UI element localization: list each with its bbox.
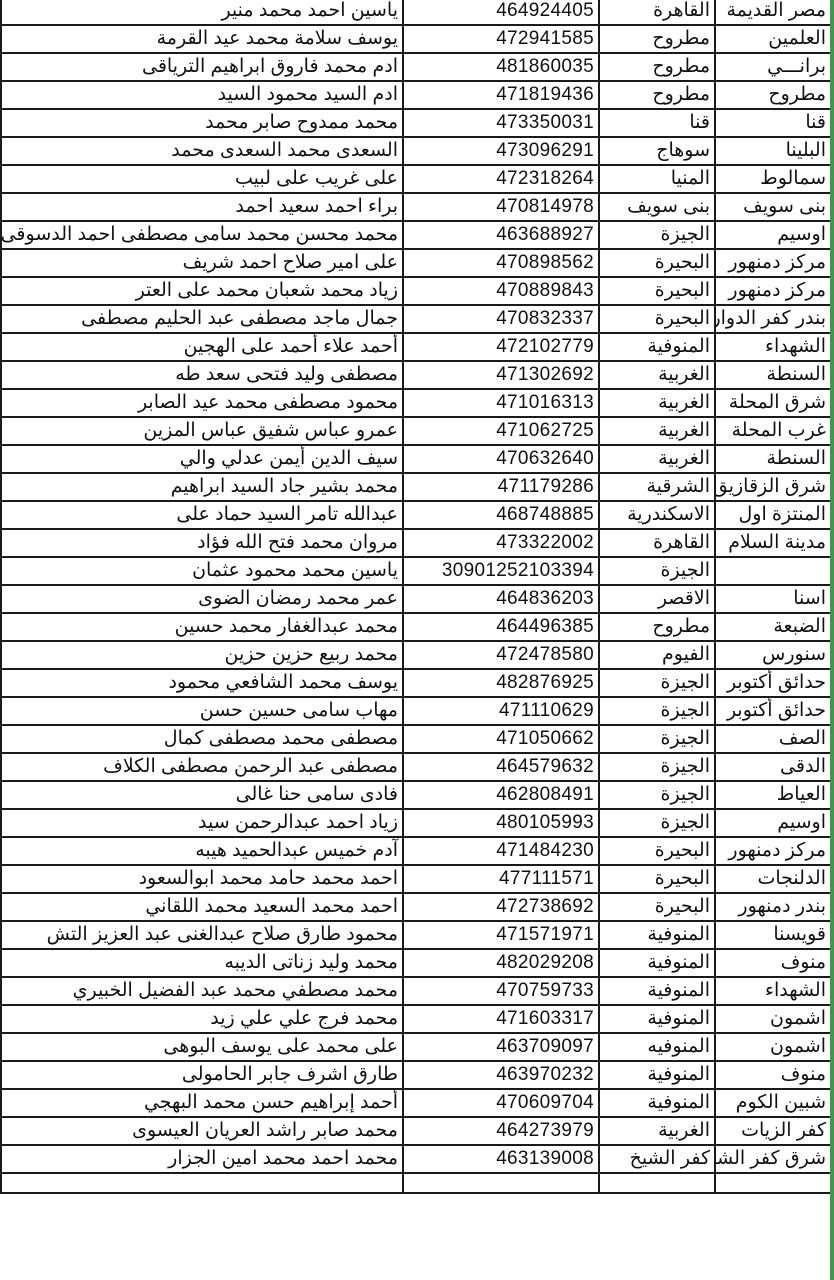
- name-cell[interactable]: عمر محمد رمضان الضوى: [1, 585, 403, 613]
- name-cell[interactable]: يوسف محمد الشافعي محمود: [1, 669, 403, 697]
- id-number-cell[interactable]: 473322002: [403, 529, 599, 557]
- district-cell[interactable]: السنطة: [715, 445, 831, 473]
- table-row: زياد محمد شعبان محمد على العتر470889843ا…: [1, 277, 831, 305]
- name-cell[interactable]: محمد بشير جاد السيد ابراهيم: [1, 473, 403, 501]
- name-cell[interactable]: طارق اشرف جابر الحامولى: [1, 1061, 403, 1089]
- district-cell[interactable]: مركز دمنهور: [715, 837, 831, 865]
- id-number-cell[interactable]: 477111571: [403, 865, 599, 893]
- id-number-cell[interactable]: 471050662: [403, 725, 599, 753]
- governorate-cell[interactable]: مطروح: [599, 53, 715, 81]
- table-row: محمد محسن محمد سامى مصطفى احمد الدسوقى46…: [1, 221, 831, 249]
- name-cell[interactable]: فادى سامى حنا غالى: [1, 781, 403, 809]
- table-row: محمد وليد زناتى الديبه482029208المنوفيةم…: [1, 949, 831, 977]
- district-cell[interactable]: اشمون: [715, 1033, 831, 1061]
- governorate-cell[interactable]: المنوفية: [599, 333, 715, 361]
- name-cell[interactable]: مصطفى محمد مصطفى كمال: [1, 725, 403, 753]
- id-number-cell[interactable]: 463970232: [403, 1061, 599, 1089]
- name-cell[interactable]: سيف الدين أيمن عدلي والي: [1, 445, 403, 473]
- id-number-cell[interactable]: 471016313: [403, 389, 599, 417]
- name-cell[interactable]: محمد فرج علي علي زيد: [1, 1005, 403, 1033]
- district-cell[interactable]: البلينا: [715, 137, 831, 165]
- governorate-cell[interactable]: الجيزة: [599, 753, 715, 781]
- district-cell[interactable]: المنتزة اول: [715, 501, 831, 529]
- governorate-cell[interactable]: قنا: [599, 109, 715, 137]
- governorate-cell[interactable]: القاهرة: [599, 529, 715, 557]
- table-row: ياسين محمد محمود عثمان30901252103394الجي…: [1, 557, 831, 585]
- table-row: محمود طارق صلاح عبدالغنى عبد العزيز التش…: [1, 921, 831, 949]
- table-row: سيف الدين أيمن عدلي والي470632640الغربية…: [1, 445, 831, 473]
- name-cell[interactable]: محمد ممدوح صابر محمد: [1, 109, 403, 137]
- spreadsheet-sheet: ياسين احمد محمد منير464924405القاهرةمصر …: [0, 0, 834, 1194]
- governorate-cell[interactable]: الجيزة: [599, 557, 715, 585]
- table-row: مصطفى عبد الرحمن مصطفى الكلاف464579632ال…: [1, 753, 831, 781]
- table-row: محمد بشير جاد السيد ابراهيم471179286الشر…: [1, 473, 831, 501]
- table-row: مصطفى وليد فتحى سعد طه471302692الغربيةال…: [1, 361, 831, 389]
- id-number-cell[interactable]: 470759733: [403, 977, 599, 1005]
- name-cell[interactable]: محمد مصطفي محمد عبد الفضيل الخبيري: [1, 977, 403, 1005]
- id-number-cell[interactable]: 462808491: [403, 781, 599, 809]
- name-cell[interactable]: ياسين محمد محمود عثمان: [1, 557, 403, 585]
- district-cell[interactable]: بندر دمنهور: [715, 893, 831, 921]
- table-row: محمد احمد محمد امين الجزار463139008كفر ا…: [1, 1145, 831, 1173]
- governorate-cell[interactable]: الجيزة: [599, 781, 715, 809]
- id-number-cell[interactable]: [403, 1173, 599, 1193]
- table-row: يوسف محمد الشافعي محمود482876925الجيزةحد…: [1, 669, 831, 697]
- name-cell[interactable]: براء احمد سعيد احمد: [1, 193, 403, 221]
- table-row: زياد احمد عبدالرحمن سيد480105993الجيزةاو…: [1, 809, 831, 837]
- id-number-cell[interactable]: 471819436: [403, 81, 599, 109]
- table-row: احمد محمد حامد محمد ابوالسعود477111571ال…: [1, 865, 831, 893]
- district-cell[interactable]: بندر كفر الدوار: [715, 305, 831, 333]
- governorate-cell[interactable]: الغربية: [599, 417, 715, 445]
- id-number-cell[interactable]: 470898562: [403, 249, 599, 277]
- table-row: طارق اشرف جابر الحامولى463970232المنوفية…: [1, 1061, 831, 1089]
- district-cell[interactable]: الدقى: [715, 753, 831, 781]
- name-cell[interactable]: ادم محمد فاروق ابراهيم الترياقى: [1, 53, 403, 81]
- governorate-cell[interactable]: مطروح: [599, 81, 715, 109]
- id-number-cell[interactable]: 471603317: [403, 1005, 599, 1033]
- district-cell[interactable]: مركز دمنهور: [715, 249, 831, 277]
- table-row: يوسف سلامة محمد عيد القرمة472941585مطروح…: [1, 25, 831, 53]
- district-cell[interactable]: العياط: [715, 781, 831, 809]
- table-row: محمود مصطفى محمد عيد الصابر471016313الغر…: [1, 389, 831, 417]
- district-cell[interactable]: كفر الزيات: [715, 1117, 831, 1145]
- governorate-cell[interactable]: البحيرة: [599, 837, 715, 865]
- district-cell[interactable]: اوسيم: [715, 221, 831, 249]
- name-cell[interactable]: محمد عبدالغفار محمد حسين: [1, 613, 403, 641]
- table-row: مروان محمد فتح الله فؤاد473322002القاهرة…: [1, 529, 831, 557]
- governorate-cell[interactable]: الاسكندرية: [599, 501, 715, 529]
- id-number-cell[interactable]: 472738692: [403, 893, 599, 921]
- district-cell[interactable]: شرق المحلة: [715, 389, 831, 417]
- sheet-right-edge: [830, 0, 834, 1280]
- id-number-cell[interactable]: 464273979: [403, 1117, 599, 1145]
- table-row: جمال ماجد مصطفى عبد الحليم مصطفى47083233…: [1, 305, 831, 333]
- id-number-cell[interactable]: 472102779: [403, 333, 599, 361]
- table-row: أحمد علاء أحمد على الهجين472102779المنوف…: [1, 333, 831, 361]
- table-row: على امير صلاح احمد شريف470898562البحيرةم…: [1, 249, 831, 277]
- name-cell[interactable]: ياسين احمد محمد منير: [1, 0, 403, 25]
- id-number-cell[interactable]: 473096291: [403, 137, 599, 165]
- district-cell[interactable]: الدلنجات: [715, 865, 831, 893]
- name-cell[interactable]: أحمد إبراهيم حسن محمد البهجي: [1, 1089, 403, 1117]
- id-number-cell[interactable]: 470832337: [403, 305, 599, 333]
- id-number-cell[interactable]: 463709097: [403, 1033, 599, 1061]
- table-body: ياسين احمد محمد منير464924405القاهرةمصر …: [1, 0, 831, 1193]
- table-row: [1, 1173, 831, 1193]
- table-row: أحمد إبراهيم حسن محمد البهجي470609704الم…: [1, 1089, 831, 1117]
- governorate-cell[interactable]: البحيرة: [599, 865, 715, 893]
- governorate-cell[interactable]: مطروح: [599, 613, 715, 641]
- district-cell[interactable]: بنى سويف: [715, 193, 831, 221]
- id-number-cell[interactable]: 464836203: [403, 585, 599, 613]
- district-cell[interactable]: شبين الكوم: [715, 1089, 831, 1117]
- name-cell[interactable]: [1, 1173, 403, 1193]
- district-cell[interactable]: مصر القديمة: [715, 0, 831, 25]
- id-number-cell[interactable]: 472478580: [403, 641, 599, 669]
- table-row: براء احمد سعيد احمد470814978بنى سويفبنى …: [1, 193, 831, 221]
- table-row: عمر محمد رمضان الضوى464836203الاقصراسنا: [1, 585, 831, 613]
- district-cell[interactable]: العلمين: [715, 25, 831, 53]
- district-cell[interactable]: منوف: [715, 1061, 831, 1089]
- name-cell[interactable]: يوسف سلامة محمد عيد القرمة: [1, 25, 403, 53]
- district-cell[interactable]: الصف: [715, 725, 831, 753]
- name-cell[interactable]: محمد ربيع حزين حزين: [1, 641, 403, 669]
- name-cell[interactable]: ادم السيد محمود السيد: [1, 81, 403, 109]
- name-cell[interactable]: السعدى محمد السعدى محمد: [1, 137, 403, 165]
- table-row: فادى سامى حنا غالى462808491الجيزةالعياط: [1, 781, 831, 809]
- id-number-cell[interactable]: 468748885: [403, 501, 599, 529]
- name-cell[interactable]: آدم خميس عبدالحميد هيبه: [1, 837, 403, 865]
- name-cell[interactable]: محمود طارق صلاح عبدالغنى عبد العزيز التش: [1, 921, 403, 949]
- governorate-cell[interactable]: الغربية: [599, 389, 715, 417]
- id-number-cell[interactable]: 470609704: [403, 1089, 599, 1117]
- district-cell[interactable]: حدائق أكتوبر: [715, 669, 831, 697]
- table-row: مهاب سامى حسين حسن471110629الجيزةحدائق أ…: [1, 697, 831, 725]
- district-cell[interactable]: مطروح: [715, 81, 831, 109]
- district-cell[interactable]: الشهداء: [715, 333, 831, 361]
- name-cell[interactable]: عبدالله تامر السيد حماد على: [1, 501, 403, 529]
- governorate-cell[interactable]: المنوفية: [599, 977, 715, 1005]
- district-cell[interactable]: منوف: [715, 949, 831, 977]
- name-cell[interactable]: عمرو عباس شفيق عباس المزين: [1, 417, 403, 445]
- district-cell[interactable]: اشمون: [715, 1005, 831, 1033]
- district-cell[interactable]: اوسيم: [715, 809, 831, 837]
- name-cell[interactable]: جمال ماجد مصطفى عبد الحليم مصطفى: [1, 305, 403, 333]
- governorate-cell[interactable]: مطروح: [599, 25, 715, 53]
- governorate-cell[interactable]: الجيزة: [599, 669, 715, 697]
- governorate-cell[interactable]: الغربية: [599, 361, 715, 389]
- table-row: احمد محمد السعيد محمد اللقاني472738692ال…: [1, 893, 831, 921]
- name-cell[interactable]: مهاب سامى حسين حسن: [1, 697, 403, 725]
- table-row: محمد فرج علي علي زيد471603317المنوفيةاشم…: [1, 1005, 831, 1033]
- id-number-cell[interactable]: 471302692: [403, 361, 599, 389]
- table-row: محمد صابر راشد العريان العيسوى464273979ا…: [1, 1117, 831, 1145]
- district-cell[interactable]: حدائق أكتوبر: [715, 697, 831, 725]
- name-cell[interactable]: مصطفى عبد الرحمن مصطفى الكلاف: [1, 753, 403, 781]
- district-cell[interactable]: السنطة: [715, 361, 831, 389]
- table-row: محمد عبدالغفار محمد حسين464496385مطروحال…: [1, 613, 831, 641]
- governorate-cell[interactable]: الفيوم: [599, 641, 715, 669]
- table-row: محمد ربيع حزين حزين472478580الفيومسنورس: [1, 641, 831, 669]
- name-cell[interactable]: أحمد علاء أحمد على الهجين: [1, 333, 403, 361]
- table-row: السعدى محمد السعدى محمد473096291سوهاجالب…: [1, 137, 831, 165]
- governorate-cell[interactable]: البحيرة: [599, 249, 715, 277]
- name-cell[interactable]: زياد احمد عبدالرحمن سيد: [1, 809, 403, 837]
- table-row: محمد ممدوح صابر محمد473350031قناقنا: [1, 109, 831, 137]
- governorate-cell[interactable]: الجيزة: [599, 697, 715, 725]
- governorate-cell[interactable]: المنوفيه: [599, 1033, 715, 1061]
- governorate-cell[interactable]: الشرقية: [599, 473, 715, 501]
- governorate-cell[interactable]: الجيزة: [599, 725, 715, 753]
- name-cell[interactable]: محمد محسن محمد سامى مصطفى احمد الدسوقى: [1, 221, 403, 249]
- governorate-cell[interactable]: [599, 1173, 715, 1193]
- governorate-cell[interactable]: المنوفية: [599, 1005, 715, 1033]
- governorate-cell[interactable]: القاهرة: [599, 0, 715, 25]
- governorate-cell[interactable]: بنى سويف: [599, 193, 715, 221]
- name-cell[interactable]: محمد وليد زناتى الديبه: [1, 949, 403, 977]
- name-cell[interactable]: احمد محمد السعيد محمد اللقاني: [1, 893, 403, 921]
- district-cell[interactable]: غرب المحلة: [715, 417, 831, 445]
- district-cell[interactable]: الضبعة: [715, 613, 831, 641]
- records-table: ياسين احمد محمد منير464924405القاهرةمصر …: [0, 0, 832, 1194]
- governorate-cell[interactable]: سوهاج: [599, 137, 715, 165]
- district-cell[interactable]: برانـــي: [715, 53, 831, 81]
- district-cell[interactable]: مدينة السلام: [715, 529, 831, 557]
- name-cell[interactable]: مصطفى وليد فتحى سعد طه: [1, 361, 403, 389]
- table-row: آدم خميس عبدالحميد هيبه471484230البحيرةم…: [1, 837, 831, 865]
- district-cell[interactable]: الشهداء: [715, 977, 831, 1005]
- id-number-cell[interactable]: 463688927: [403, 221, 599, 249]
- district-cell[interactable]: [715, 1173, 831, 1193]
- governorate-cell[interactable]: الجيزة: [599, 809, 715, 837]
- name-cell[interactable]: احمد محمد حامد محمد ابوالسعود: [1, 865, 403, 893]
- id-number-cell[interactable]: 471179286: [403, 473, 599, 501]
- governorate-cell[interactable]: الغربية: [599, 445, 715, 473]
- name-cell[interactable]: على محمد على يوسف البوهى: [1, 1033, 403, 1061]
- id-number-cell[interactable]: 464924405: [403, 0, 599, 25]
- governorate-cell[interactable]: المنوفية: [599, 921, 715, 949]
- governorate-cell[interactable]: المنوفية: [599, 1061, 715, 1089]
- table-row: ياسين احمد محمد منير464924405القاهرةمصر …: [1, 0, 831, 25]
- id-number-cell[interactable]: 464579632: [403, 753, 599, 781]
- district-cell[interactable]: مركز دمنهور: [715, 277, 831, 305]
- district-cell[interactable]: سمالوط: [715, 165, 831, 193]
- id-number-cell[interactable]: 464496385: [403, 613, 599, 641]
- name-cell[interactable]: محمود مصطفى محمد عيد الصابر: [1, 389, 403, 417]
- district-cell[interactable]: سنورس: [715, 641, 831, 669]
- name-cell[interactable]: مروان محمد فتح الله فؤاد: [1, 529, 403, 557]
- district-cell[interactable]: قنا: [715, 109, 831, 137]
- id-number-cell[interactable]: 480105993: [403, 809, 599, 837]
- table-row: على غريب على لبيب472318264المنياسمالوط: [1, 165, 831, 193]
- id-number-cell[interactable]: 481860035: [403, 53, 599, 81]
- table-row: ادم محمد فاروق ابراهيم الترياقى481860035…: [1, 53, 831, 81]
- id-number-cell[interactable]: 473350031: [403, 109, 599, 137]
- name-cell[interactable]: محمد احمد محمد امين الجزار: [1, 1145, 403, 1173]
- id-number-cell[interactable]: 472318264: [403, 165, 599, 193]
- id-number-cell[interactable]: 470889843: [403, 277, 599, 305]
- governorate-cell[interactable]: كفر الشيخ: [599, 1145, 715, 1173]
- id-number-cell[interactable]: 470814978: [403, 193, 599, 221]
- district-cell[interactable]: شرق الزقازيق: [715, 473, 831, 501]
- id-number-cell[interactable]: 471062725: [403, 417, 599, 445]
- table-row: مصطفى محمد مصطفى كمال471050662الجيزةالصف: [1, 725, 831, 753]
- name-cell[interactable]: زياد محمد شعبان محمد على العتر: [1, 277, 403, 305]
- governorate-cell[interactable]: الجيزة: [599, 221, 715, 249]
- governorate-cell[interactable]: الغربية: [599, 1117, 715, 1145]
- id-number-cell[interactable]: 471571971: [403, 921, 599, 949]
- governorate-cell[interactable]: المنوفية: [599, 949, 715, 977]
- id-number-cell[interactable]: 470632640: [403, 445, 599, 473]
- id-number-cell[interactable]: 472941585: [403, 25, 599, 53]
- table-row: على محمد على يوسف البوهى463709097المنوفي…: [1, 1033, 831, 1061]
- id-number-cell[interactable]: 482876925: [403, 669, 599, 697]
- governorate-cell[interactable]: البحيرة: [599, 893, 715, 921]
- id-number-cell[interactable]: 482029208: [403, 949, 599, 977]
- district-cell[interactable]: قويسنا: [715, 921, 831, 949]
- id-number-cell[interactable]: 471484230: [403, 837, 599, 865]
- district-cell[interactable]: اسنا: [715, 585, 831, 613]
- id-number-cell[interactable]: 30901252103394: [403, 557, 599, 585]
- governorate-cell[interactable]: المنوفية: [599, 1089, 715, 1117]
- table-row: ادم السيد محمود السيد471819436مطروحمطروح: [1, 81, 831, 109]
- id-number-cell[interactable]: 471110629: [403, 697, 599, 725]
- id-number-cell[interactable]: 463139008: [403, 1145, 599, 1173]
- name-cell[interactable]: على غريب على لبيب: [1, 165, 403, 193]
- name-cell[interactable]: محمد صابر راشد العريان العيسوى: [1, 1117, 403, 1145]
- district-cell[interactable]: [715, 557, 831, 585]
- governorate-cell[interactable]: المنيا: [599, 165, 715, 193]
- governorate-cell[interactable]: الاقصر: [599, 585, 715, 613]
- table-row: عمرو عباس شفيق عباس المزين471062725الغرب…: [1, 417, 831, 445]
- governorate-cell[interactable]: البحيرة: [599, 305, 715, 333]
- table-row: محمد مصطفي محمد عبد الفضيل الخبيري470759…: [1, 977, 831, 1005]
- governorate-cell[interactable]: البحيرة: [599, 277, 715, 305]
- table-row: عبدالله تامر السيد حماد على468748885الاس…: [1, 501, 831, 529]
- name-cell[interactable]: على امير صلاح احمد شريف: [1, 249, 403, 277]
- district-cell[interactable]: شرق كفر الشيخ: [715, 1145, 831, 1173]
